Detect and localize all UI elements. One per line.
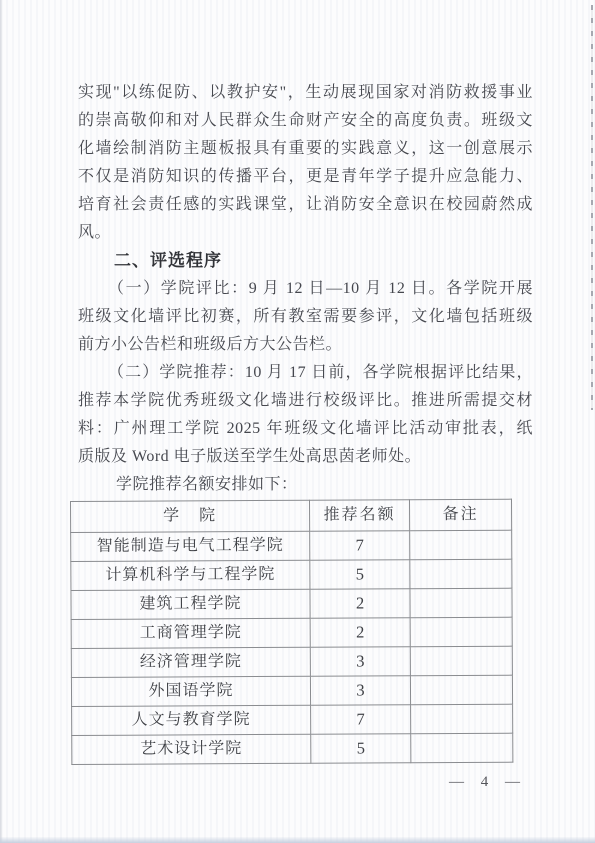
college-cell: 经济管理学院 xyxy=(71,647,310,677)
note-cell xyxy=(410,588,512,618)
table-row: 人文与教育学院 7 xyxy=(72,704,513,735)
table-row: 艺术设计学院 5 xyxy=(72,733,513,764)
note-cell xyxy=(410,559,512,589)
note-cell xyxy=(410,675,512,705)
scan-artifact-right-edge xyxy=(591,5,593,410)
note-cell xyxy=(411,733,513,763)
table-row: 智能制造与电气工程学院 7 xyxy=(71,530,512,561)
college-cell: 计算机科学与工程学院 xyxy=(71,560,310,590)
paragraph-line: 质版及 Word 电子版送至学生处高思茵老师处。 xyxy=(78,443,533,471)
quota-cell: 2 xyxy=(310,589,410,619)
table-header-quota: 推荐名额 xyxy=(309,500,409,532)
college-cell: 工商管理学院 xyxy=(71,618,310,648)
paragraph-line: 前方小公告栏和班级后方大公告栏。 xyxy=(78,331,533,359)
college-cell: 智能制造与电气工程学院 xyxy=(71,531,310,561)
table-row: 工商管理学院 2 xyxy=(71,617,512,648)
college-cell: 建筑工程学院 xyxy=(71,589,310,619)
quota-cell: 7 xyxy=(310,531,410,561)
quota-cell: 5 xyxy=(310,560,410,590)
scan-artifact-bottom-edge xyxy=(0,837,595,843)
table-row: 外国语学院 3 xyxy=(71,675,512,706)
note-cell xyxy=(410,646,512,676)
note-cell xyxy=(410,530,512,560)
quota-cell: 2 xyxy=(310,618,410,648)
paragraph-line: （一）学院评比：9 月 12 日—10 月 12 日。各学院开展 xyxy=(78,275,533,303)
paragraph-line: 实现"以练促防、以教护安"，生动展现国家对消防救援事业 xyxy=(78,79,533,107)
quota-table: 学 院 推荐名额 备注 智能制造与电气工程学院 7 计算机科学与工程学院 5 建 xyxy=(70,499,513,765)
table-intro: 学院推荐名额安排如下： xyxy=(78,471,533,499)
quota-cell: 3 xyxy=(310,676,410,706)
table-row: 建筑工程学院 2 xyxy=(71,588,512,619)
college-cell: 外国语学院 xyxy=(71,676,310,706)
document-page: 实现"以练促防、以教护安"，生动展现国家对消防救援事业 的崇高敬仰和对人民群众生… xyxy=(0,0,595,843)
table-row: 经济管理学院 3 xyxy=(71,646,512,677)
paragraph-line: （二）学院推荐：10 月 17 日前，各学院根据评比结果， xyxy=(78,359,533,387)
table-header-row: 学 院 推荐名额 备注 xyxy=(71,499,512,532)
page-number: — 4 — xyxy=(449,774,522,791)
table-header-college: 学 院 xyxy=(71,500,310,532)
college-cell: 艺术设计学院 xyxy=(72,734,311,764)
table-row: 计算机科学与工程学院 5 xyxy=(71,559,512,590)
paragraph-line: 培育社会责任感的实践课堂，让消防安全意识在校园蔚然成 xyxy=(78,191,533,219)
scan-artifact-left-edge xyxy=(0,0,3,843)
note-cell xyxy=(411,704,513,734)
paragraph-line: 化墙绘制消防主题板报具有重要的实践意义，这一创意展示 xyxy=(78,135,533,163)
quota-cell: 3 xyxy=(310,647,410,677)
paragraph-line: 料：广州理工学院 2025 年班级文化墙评比活动审批表，纸 xyxy=(78,415,533,443)
table-header-note: 备注 xyxy=(409,499,511,531)
college-cell: 人文与教育学院 xyxy=(72,705,311,735)
body-text: 实现"以练促防、以教护安"，生动展现国家对消防救援事业 的崇高敬仰和对人民群众生… xyxy=(78,79,533,765)
paragraph-line: 不仅是消防知识的传播平台，更是青年学子提升应急能力、 xyxy=(78,163,533,191)
quota-cell: 7 xyxy=(311,705,411,735)
paragraph-line: 风。 xyxy=(78,219,533,247)
section-heading: 二、评选程序 xyxy=(78,247,533,275)
note-cell xyxy=(410,617,512,647)
paragraph-line: 班级文化墙评比初赛，所有教室需要参评，文化墙包括班级 xyxy=(78,303,533,331)
paragraph-line: 推荐本学院优秀班级文化墙进行校级评比。推进所需提交材 xyxy=(78,387,533,415)
paragraph-line: 的崇高敬仰和对人民群众生命财产安全的高度负责。班级文 xyxy=(78,107,533,135)
quota-cell: 5 xyxy=(311,734,411,764)
